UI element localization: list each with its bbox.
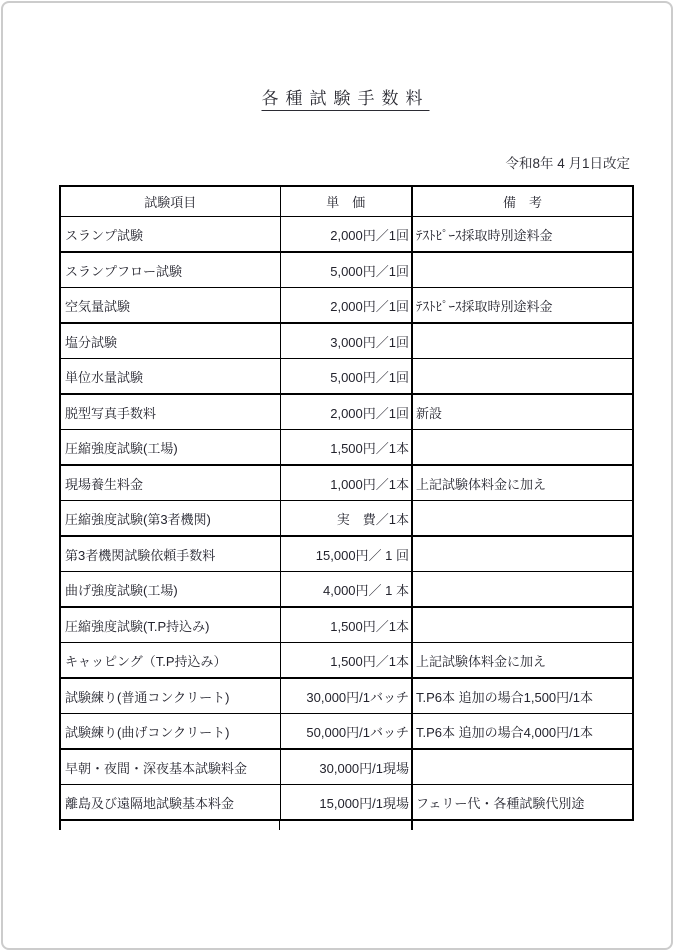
item-cell: 脱型写真手数料 (60, 394, 280, 430)
table-row: 現場養生料金1,000円／1本上記試験体料金に加え (60, 465, 633, 501)
item-cell: 試験練り(普通コンクリート) (60, 678, 280, 714)
table-bottom-stub-sep1 (279, 821, 280, 830)
price-cell: 50,000円/1バッチ (280, 714, 412, 750)
remarks-cell (412, 607, 633, 643)
table-row: 圧縮強度試験(工場)1,500円／1本 (60, 430, 633, 466)
price-cell: 30,000円/1現場 (280, 749, 412, 785)
price-cell: 1,000円／1本 (280, 465, 412, 501)
item-cell: 離島及び遠隔地試験基本料金 (60, 785, 280, 821)
remarks-cell: フェリー代・各種試験代別途 (412, 785, 633, 821)
table-row: スランプ試験2,000円／1回ﾃｽﾄﾋﾟｰｽ採取時別途料金 (60, 217, 633, 253)
price-cell: 1,500円／1本 (280, 643, 412, 679)
item-cell: 試験練り(曲げコンクリート) (60, 714, 280, 750)
price-cell: 2,000円／1回 (280, 288, 412, 324)
price-cell: 30,000円/1バッチ (280, 678, 412, 714)
item-cell: スランプフロー試験 (60, 252, 280, 288)
table-bottom-stub-left (59, 821, 61, 830)
column-header-item: 試験項目 (60, 186, 280, 217)
item-cell: スランプ試験 (60, 217, 280, 253)
remarks-cell: T.P6本 追加の場合1,500円/1本 (412, 678, 633, 714)
fees-table-wrap: 試験項目 単 価 備 考 スランプ試験2,000円／1回ﾃｽﾄﾋﾟｰｽ採取時別途… (59, 185, 634, 821)
table-row: キャッピング（T.P持込み）1,500円／1本上記試験体料金に加え (60, 643, 633, 679)
item-cell: 空気量試験 (60, 288, 280, 324)
header-row: 試験項目 単 価 備 考 (60, 186, 633, 217)
price-cell: 1,500円／1本 (280, 430, 412, 466)
table-row: 試験練り(普通コンクリート)30,000円/1バッチT.P6本 追加の場合1,5… (60, 678, 633, 714)
title-area: 各種試験手数料 (59, 84, 632, 109)
remarks-cell (412, 749, 633, 785)
remarks-cell (412, 252, 633, 288)
table-row: スランプフロー試験5,000円／1回 (60, 252, 633, 288)
price-cell: 15,000円／ 1 回 (280, 536, 412, 572)
table-row: 単位水量試験5,000円／1回 (60, 359, 633, 395)
column-header-unit-price: 単 価 (280, 186, 412, 217)
item-cell: 圧縮強度試験(工場) (60, 430, 280, 466)
remarks-cell (412, 323, 633, 359)
remarks-cell: 上記試験体料金に加え (412, 465, 633, 501)
table-row: 離島及び遠隔地試験基本料金15,000円/1現場フェリー代・各種試験代別途 (60, 785, 633, 821)
table-row: 空気量試験2,000円／1回ﾃｽﾄﾋﾟｰｽ採取時別途料金 (60, 288, 633, 324)
column-header-remarks: 備 考 (412, 186, 633, 217)
item-cell: 早朝・夜間・深夜基本試験料金 (60, 749, 280, 785)
remarks-cell (412, 572, 633, 608)
remarks-cell (412, 430, 633, 466)
price-cell: 2,000円／1回 (280, 394, 412, 430)
table-row: 試験練り(曲げコンクリート)50,000円/1バッチT.P6本 追加の場合4,0… (60, 714, 633, 750)
price-cell: 実 費／1本 (280, 501, 412, 537)
remarks-cell (412, 359, 633, 395)
table-row: 脱型写真手数料2,000円／1回新設 (60, 394, 633, 430)
price-cell: 5,000円／1回 (280, 359, 412, 395)
item-cell: 塩分試験 (60, 323, 280, 359)
table-row: 曲げ強度試験(工場)4,000円／ 1 本 (60, 572, 633, 608)
item-cell: 第3者機関試験依頼手数料 (60, 536, 280, 572)
item-cell: 圧縮強度試験(第3者機関) (60, 501, 280, 537)
fees-table: 試験項目 単 価 備 考 スランプ試験2,000円／1回ﾃｽﾄﾋﾟｰｽ採取時別途… (59, 185, 634, 821)
price-cell: 5,000円／1回 (280, 252, 412, 288)
table-row: 圧縮強度試験(第3者機関)実 費／1本 (60, 501, 633, 537)
table-row: 第3者機関試験依頼手数料15,000円／ 1 回 (60, 536, 633, 572)
table-row: 塩分試験3,000円／1回 (60, 323, 633, 359)
fees-table-body: スランプ試験2,000円／1回ﾃｽﾄﾋﾟｰｽ採取時別途料金スランプフロー試験5,… (60, 217, 633, 821)
remarks-cell: ﾃｽﾄﾋﾟｰｽ採取時別途料金 (412, 217, 633, 253)
remarks-cell: T.P6本 追加の場合4,000円/1本 (412, 714, 633, 750)
price-cell: 2,000円／1回 (280, 217, 412, 253)
price-cell: 1,500円／1本 (280, 607, 412, 643)
price-cell: 15,000円/1現場 (280, 785, 412, 821)
item-cell: 現場養生料金 (60, 465, 280, 501)
remarks-cell: 上記試験体料金に加え (412, 643, 633, 679)
remarks-cell (412, 536, 633, 572)
remarks-cell: ﾃｽﾄﾋﾟｰｽ採取時別途料金 (412, 288, 633, 324)
price-cell: 3,000円／1回 (280, 323, 412, 359)
item-cell: 単位水量試験 (60, 359, 280, 395)
price-cell: 4,000円／ 1 本 (280, 572, 412, 608)
page-title: 各種試験手数料 (262, 89, 430, 108)
remarks-cell (412, 501, 633, 537)
table-bottom-stub-sep2 (411, 821, 413, 830)
table-row: 圧縮強度試験(T.P持込み)1,500円／1本 (60, 607, 633, 643)
revision-date: 令和8年 4 月1日改定 (59, 152, 630, 172)
item-cell: キャッピング（T.P持込み） (60, 643, 280, 679)
table-row: 早朝・夜間・深夜基本試験料金30,000円/1現場 (60, 749, 633, 785)
remarks-cell: 新設 (412, 394, 633, 430)
item-cell: 曲げ強度試験(工場) (60, 572, 280, 608)
item-cell: 圧縮強度試験(T.P持込み) (60, 607, 280, 643)
